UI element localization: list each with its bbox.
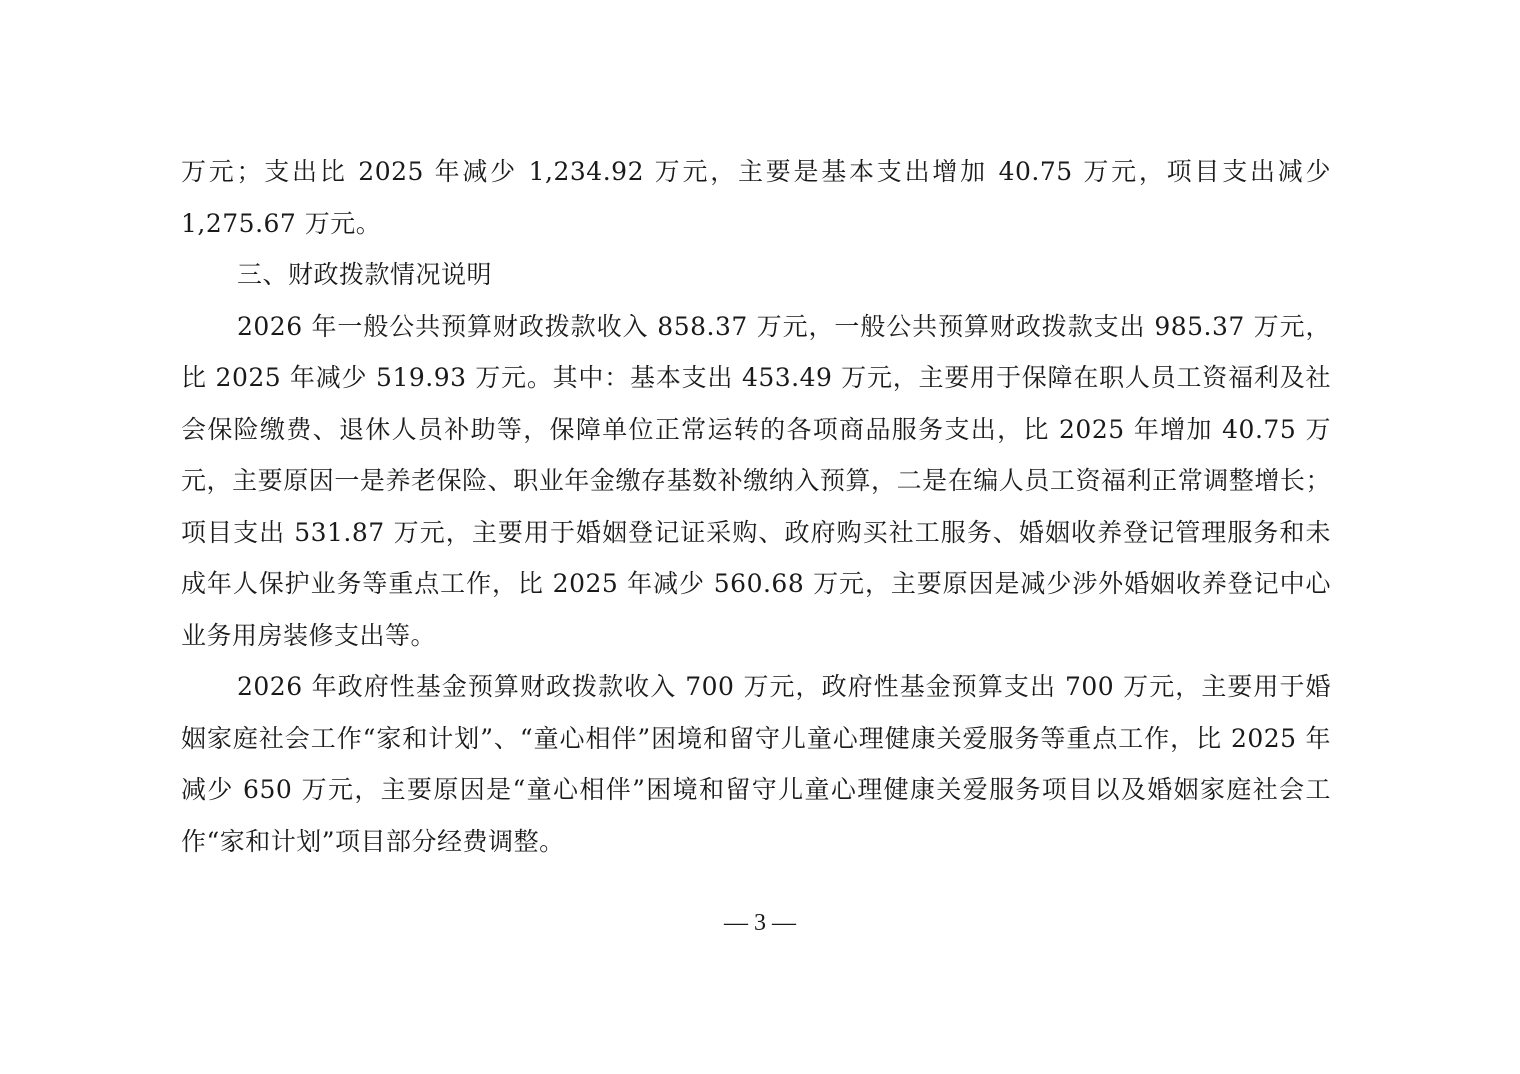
page-number: — 3 — [0,910,1520,937]
paragraph-continuation: 万元；支出比 2025 年减少 1,234.92 万元，主要是基本支出增加 40… [181,146,1331,249]
section-heading: 三、财政拨款情况说明 [181,249,1331,301]
paragraph-general-budget: 2026 年一般公共预算财政拨款收入 858.37 万元，一般公共预算财政拨款支… [181,301,1331,662]
paragraph-gov-fund-budget: 2026 年政府性基金预算财政拨款收入 700 万元，政府性基金预算支出 700… [181,661,1331,867]
document-page: 万元；支出比 2025 年减少 1,234.92 万元，主要是基本支出增加 40… [181,146,1331,867]
